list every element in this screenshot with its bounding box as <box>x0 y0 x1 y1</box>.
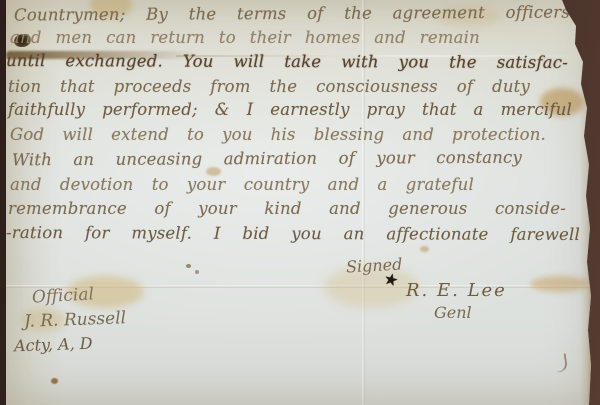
letter-paper: Countrymen; By the terms of the agreemen… <box>6 0 594 405</box>
paper-torn-edge <box>580 0 594 405</box>
stain <box>51 378 58 384</box>
attestation-name: J. R. Russell <box>24 308 127 332</box>
pen-mark <box>555 353 568 372</box>
letter-line-9: remembrance of your kind and generous co… <box>8 199 566 219</box>
letter-line-6: God will extend to you his blessing and … <box>10 125 546 145</box>
stain <box>186 264 191 268</box>
letter-line-10: -ration for myself. I bid you an affecti… <box>6 223 580 245</box>
letter-line-4: tion that proceeds from the consciousnes… <box>8 77 530 97</box>
stain <box>195 270 199 274</box>
letter-line-2: and men can return to their homes and re… <box>10 28 480 48</box>
signature-name: R. E. Lee <box>406 280 507 301</box>
ink-blot-star-icon: ★ <box>382 269 401 291</box>
letter-line-8: and devotion to your country and a grate… <box>10 175 474 195</box>
letter-line-1: Countrymen; By the terms of the agreemen… <box>14 3 570 26</box>
signature-rank: Genl <box>434 303 472 322</box>
letter-line-7: With an unceasing admiration of your con… <box>12 148 522 171</box>
attestation-title: Acty, A, D <box>14 334 93 356</box>
stain <box>420 246 429 252</box>
official-label: Official <box>32 284 95 307</box>
letter-line-3: until exchanged. You will take with you … <box>6 51 568 73</box>
letter-line-5: faithfully performed; & I earnestly pray… <box>8 100 572 120</box>
letter-photograph: Countrymen; By the terms of the agreemen… <box>0 0 600 405</box>
